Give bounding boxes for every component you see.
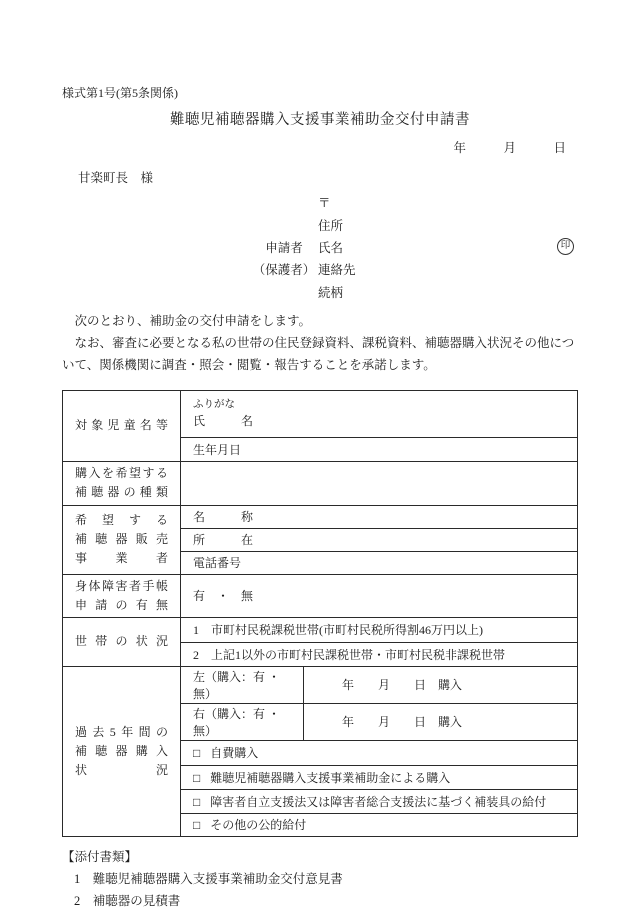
checkbox-label: 障害者自立支援法又は障害者総合支援法に基づく補装具の給付 bbox=[210, 795, 546, 809]
child-name-cell: ふりがな 氏 名 bbox=[181, 390, 578, 437]
history-right-date-cell: 年 月 日 購入 bbox=[304, 703, 578, 740]
furigana-label: ふりがな bbox=[193, 397, 573, 412]
intro-paragraph-2: なお、審査に必要となる私の世帯の住民登録資料、課税資料、補聴器購入状況その他につ… bbox=[62, 332, 578, 376]
certificate-label-line2: 申請の有無 bbox=[75, 596, 168, 615]
address-line: 住所 bbox=[62, 213, 578, 235]
postal-line: 〒 bbox=[62, 191, 578, 213]
seal-icon: 印 bbox=[557, 238, 574, 255]
attachment-item-2: 2 補聴器の見積書 bbox=[62, 890, 578, 912]
form-number: 様式第1号(第5条関係) bbox=[62, 84, 578, 101]
household-option1-cell: 1 市町村民税課税世帯(市町村民税所得割46万円以上) bbox=[181, 617, 578, 642]
attachments-heading: 【添付書類】 bbox=[62, 846, 578, 868]
date-line: 年 月 日 bbox=[62, 138, 578, 156]
history-left-date-cell: 年 月 日 購入 bbox=[304, 666, 578, 703]
checkbox-cell-support-law: □障害者自立支援法又は障害者総合支援法に基づく補装具の給付 bbox=[181, 789, 578, 813]
device-label-line2: 補聴器の種類 bbox=[75, 483, 168, 502]
vendor-label-line2: 補聴器販売 bbox=[75, 530, 168, 549]
household-option2-cell: 2 上記1以外の市町村民課税世帯・市町村民税非課税世帯 bbox=[181, 642, 578, 666]
household-label-cell: 世帯の状況 bbox=[63, 617, 181, 666]
history-left-row: 過去5年間の 補聴器購入 状況 左（購入：有 ・ 無） 年 月 日 購入 bbox=[63, 666, 578, 703]
history-label-line2: 補聴器購入 bbox=[75, 742, 168, 761]
vendor-phone-cell: 電話番号 bbox=[181, 551, 578, 574]
vendor-address-cell: 所 在 bbox=[181, 528, 578, 551]
device-type-cell bbox=[181, 461, 578, 505]
device-type-row: 購入を希望する 補聴器の種類 bbox=[63, 461, 578, 505]
history-right-label-cell: 右（購入：有 ・ 無） bbox=[181, 703, 304, 740]
device-label-cell: 購入を希望する 補聴器の種類 bbox=[63, 461, 181, 505]
checkbox-icon: □ bbox=[193, 746, 200, 761]
attachment-item-1: 1 難聴児補聴器購入支援事業補助金交付意見書 bbox=[62, 868, 578, 890]
checkbox-cell-self-purchase: □自費購入 bbox=[181, 740, 578, 765]
certificate-label-line1: 身体障害者手帳 bbox=[75, 577, 168, 596]
contact-label: 連絡先 bbox=[318, 260, 356, 278]
child-name-label: 氏 名 bbox=[193, 412, 573, 431]
vendor-label-line1: 希望する bbox=[75, 511, 168, 530]
child-label: 対象児童名等 bbox=[75, 416, 168, 435]
name-line: 申請者 氏名 印 bbox=[62, 236, 578, 258]
household-option1-row: 世帯の状況 1 市町村民税課税世帯(市町村民税所得割46万円以上) bbox=[63, 617, 578, 642]
application-form-page: 様式第1号(第5条関係) 難聴児補聴器購入支援事業補助金交付申請書 年 月 日 … bbox=[0, 0, 630, 915]
page-title: 難聴児補聴器購入支援事業補助金交付申請書 bbox=[62, 108, 578, 129]
intro-paragraph-1: 次のとおり、補助金の交付申請をします。 bbox=[62, 310, 578, 332]
contact-line: （保護者） 連絡先 bbox=[62, 258, 578, 280]
checkbox-label: 難聴児補聴器購入支援事業補助金による購入 bbox=[210, 771, 450, 785]
certificate-row: 身体障害者手帳 申請の有無 有 ・ 無 bbox=[63, 574, 578, 617]
device-label-line1: 購入を希望する bbox=[75, 464, 168, 483]
household-label: 世帯の状況 bbox=[75, 632, 168, 651]
checkbox-icon: □ bbox=[193, 818, 200, 833]
checkbox-icon: □ bbox=[193, 795, 200, 810]
child-label-cell: 対象児童名等 bbox=[63, 390, 181, 461]
vendor-name-row: 希望する 補聴器販売 事業者 名 称 bbox=[63, 505, 578, 528]
vendor-name-cell: 名 称 bbox=[181, 505, 578, 528]
intro-paragraphs: 次のとおり、補助金の交付申請をします。 なお、審査に必要となる私の世帯の住民登録… bbox=[62, 310, 578, 376]
name-label: 氏名 bbox=[318, 238, 343, 256]
relation-line: 続柄 bbox=[62, 281, 578, 303]
checkbox-cell-other-public: □その他の公的給付 bbox=[181, 813, 578, 836]
applicant-role-label: 申請者 bbox=[250, 238, 318, 256]
vendor-label-cell: 希望する 補聴器販売 事業者 bbox=[63, 505, 181, 574]
postal-mark-icon: 〒 bbox=[318, 193, 331, 211]
checkbox-label: 自費購入 bbox=[210, 746, 258, 760]
form-content: 様式第1号(第5条関係) 難聴児補聴器購入支援事業補助金交付申請書 年 月 日 … bbox=[62, 84, 578, 912]
guardian-role-label: （保護者） bbox=[250, 260, 318, 278]
history-label-line3: 状況 bbox=[75, 761, 168, 780]
birthdate-cell: 生年月日 bbox=[181, 437, 578, 461]
history-label-line1: 過去5年間の bbox=[75, 723, 168, 742]
checkbox-label: その他の公的給付 bbox=[210, 818, 306, 832]
certificate-label-cell: 身体障害者手帳 申請の有無 bbox=[63, 574, 181, 617]
attachments-section: 【添付書類】 1 難聴児補聴器購入支援事業補助金交付意見書 2 補聴器の見積書 bbox=[62, 846, 578, 912]
applicant-block: 〒 住所 申請者 氏名 印 （保護者） 連絡先 続柄 bbox=[62, 191, 578, 303]
checkbox-cell-subsidy-purchase: □難聴児補聴器購入支援事業補助金による購入 bbox=[181, 765, 578, 789]
addressee: 甘楽町長 様 bbox=[62, 168, 578, 186]
child-name-row: 対象児童名等 ふりがな 氏 名 bbox=[63, 390, 578, 437]
address-label: 住所 bbox=[318, 216, 343, 234]
checkbox-icon: □ bbox=[193, 771, 200, 786]
application-table: 対象児童名等 ふりがな 氏 名 生年月日 購入を希望する 補聴器の種類 bbox=[62, 390, 578, 837]
history-left-label-cell: 左（購入：有 ・ 無） bbox=[181, 666, 304, 703]
vendor-label-line3: 事業者 bbox=[75, 549, 168, 568]
relation-label: 続柄 bbox=[318, 283, 343, 301]
certificate-value-cell: 有 ・ 無 bbox=[181, 574, 578, 617]
history-label-cell: 過去5年間の 補聴器購入 状況 bbox=[63, 666, 181, 836]
